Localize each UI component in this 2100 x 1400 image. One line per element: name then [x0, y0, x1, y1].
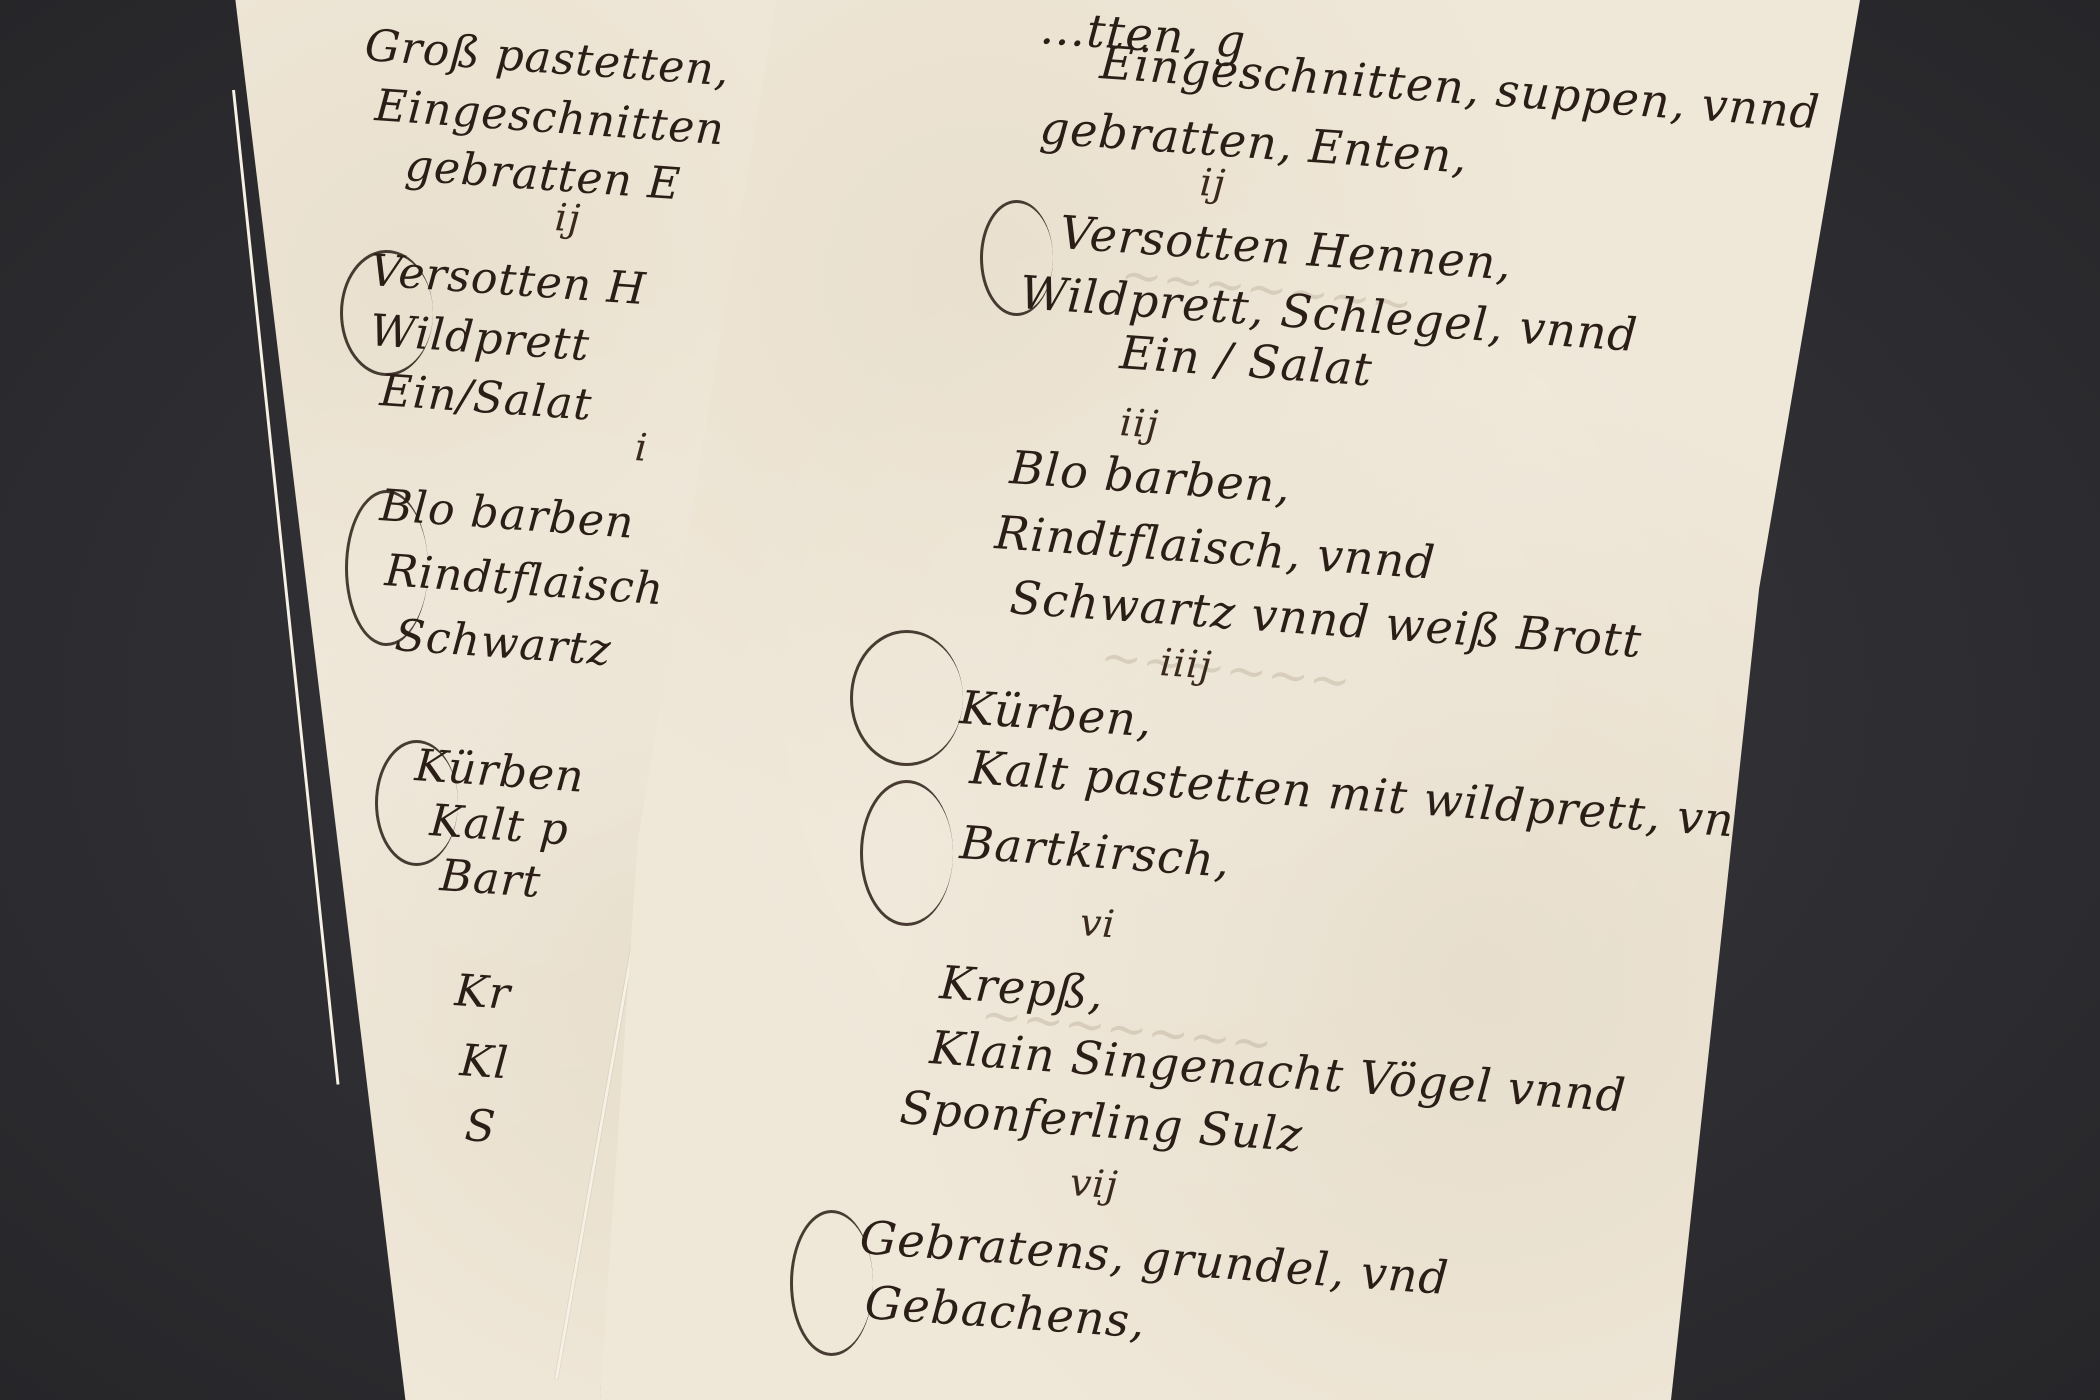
- course-numeral: iij: [1118, 400, 1160, 447]
- manuscript-line: Blo barben,: [1008, 440, 1293, 514]
- manuscript-line: Kl: [458, 1035, 510, 1089]
- course-numeral: vij: [1068, 1160, 1119, 1207]
- manuscript-line: Krepß,: [938, 955, 1106, 1020]
- course-numeral: ij: [1198, 160, 1227, 206]
- ink-flourish: [340, 250, 433, 376]
- front-manuscript-page: ~~~~~~~ ~~~~~~ ~~~~~~~ …tten, g Eingesch…: [600, 0, 1860, 1400]
- course-numeral: i: [633, 425, 649, 470]
- manuscript-line: Ein/Salat: [378, 365, 594, 431]
- ink-flourish: [980, 200, 1053, 316]
- manuscript-line: gebratten, Enten,: [1038, 100, 1469, 184]
- course-numeral: iiij: [1158, 640, 1213, 688]
- ink-flourish: [345, 490, 428, 646]
- manuscript-line: S: [463, 1100, 498, 1153]
- ink-flourish: [850, 630, 963, 766]
- course-numeral: ij: [553, 195, 582, 241]
- ink-flourish: [790, 1210, 873, 1356]
- manuscript-line: Kürben,: [958, 680, 1154, 747]
- manuscript-line: Gebachens,: [863, 1275, 1147, 1348]
- ink-flourish: [860, 780, 953, 926]
- manuscript-line: Schwartz: [393, 610, 613, 676]
- manuscript-line: Bart: [438, 850, 543, 908]
- ink-flourish: [375, 740, 458, 866]
- manuscript-line: Bartkirsch,: [958, 815, 1232, 888]
- course-numeral: vi: [1078, 900, 1117, 946]
- manuscript-line: Kr: [453, 965, 512, 1020]
- manuscript-line: gebratten E: [403, 140, 682, 210]
